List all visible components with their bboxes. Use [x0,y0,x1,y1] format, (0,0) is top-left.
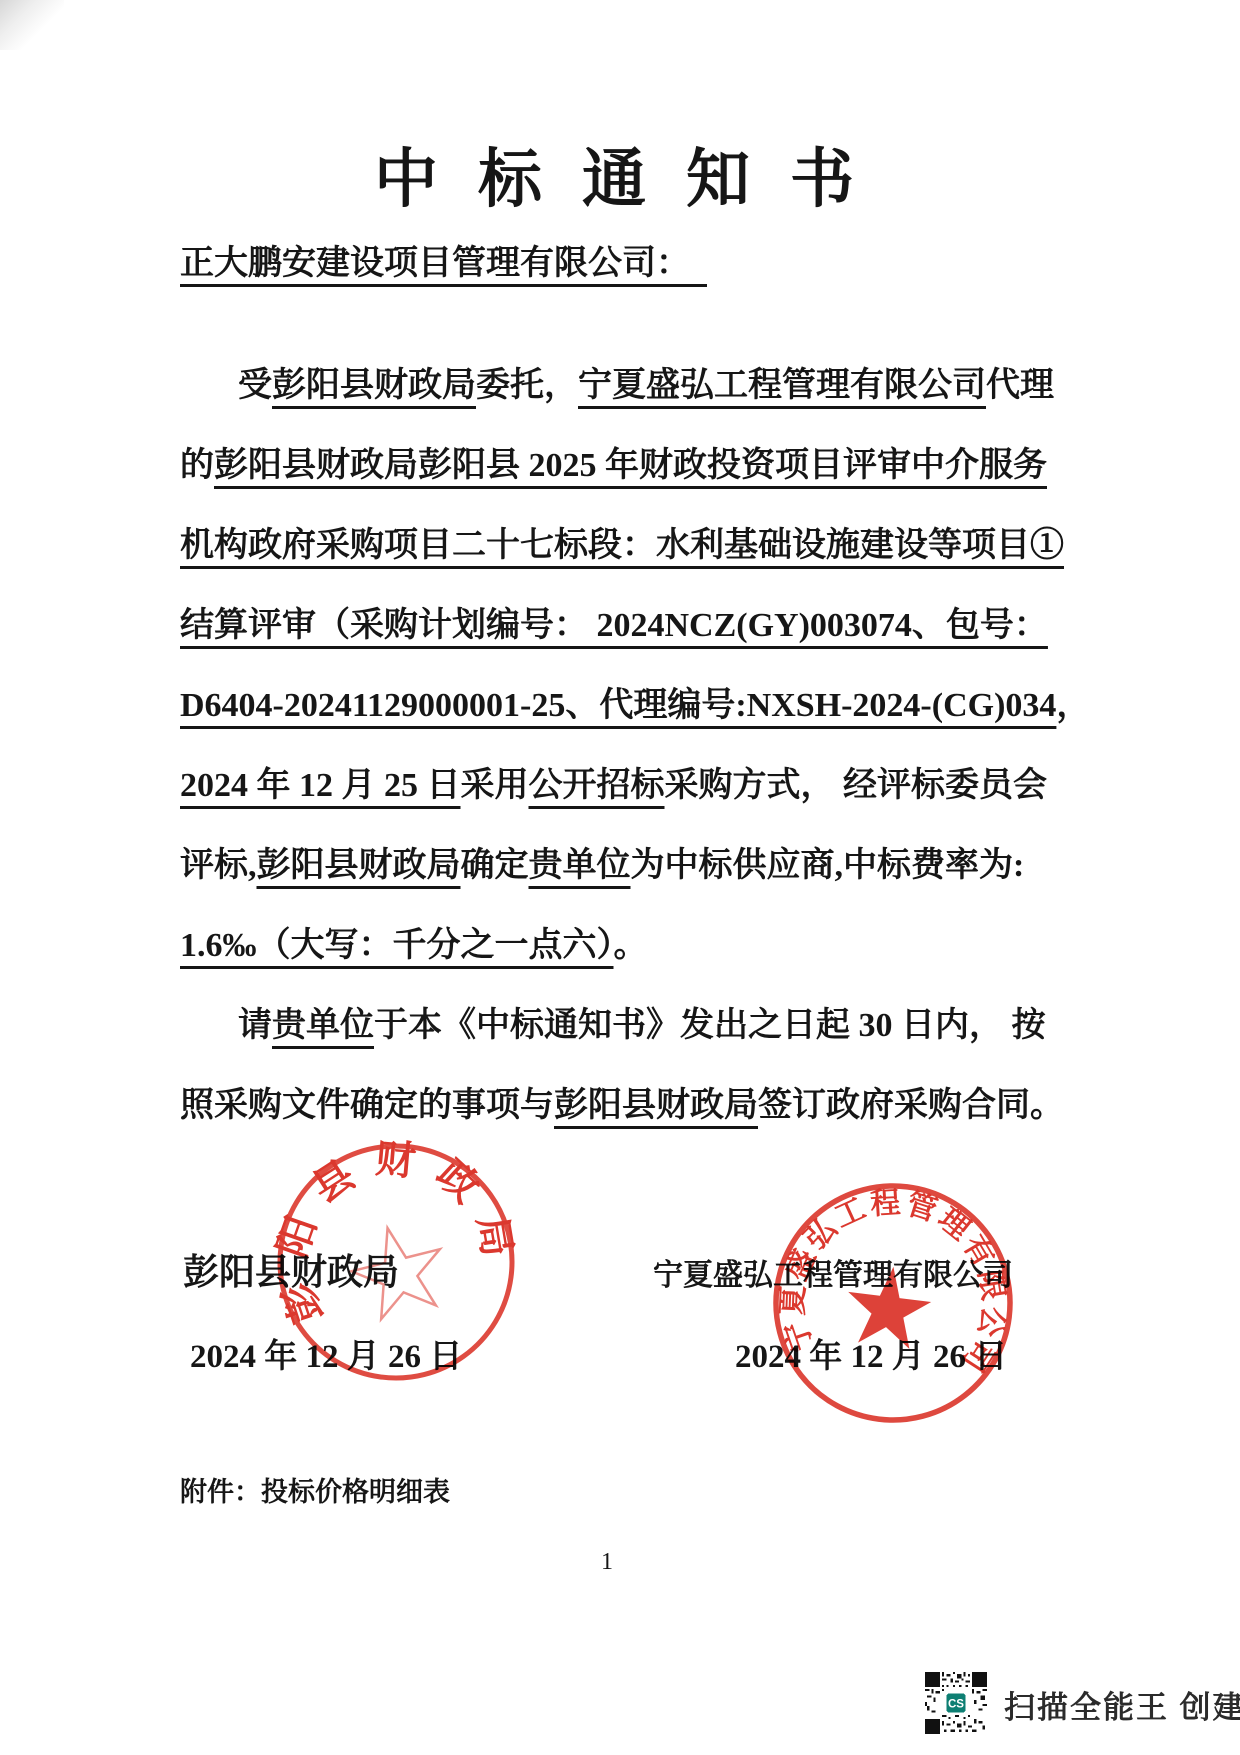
body-line: 照采购文件确定的事项与彭阳县财政局签订政府采购合同。 [180,1066,1080,1146]
text-segment: 受 [238,367,272,404]
underlined-text-segment: D6404-20241129000001-25、代理编号:NXSH-2024-(… [180,687,1056,724]
underlined-text-segment: 彭阳县财政局 [272,367,476,404]
qr-code: CS [925,1672,987,1734]
body-line: 的彭阳县财政局彭阳县 2025 年财政投资项目评审中介服务 [180,426,1080,506]
underlined-text-segment: 公开招标 [529,767,665,804]
body-line: 机构政府采购项目二十七标段：水利基础设施建设等项目① [180,506,1080,586]
underlined-text-segment: 宁夏盛弘工程管理有限公司 [578,367,986,404]
text-segment: 委托， [476,367,578,404]
underlined-text-segment: 彭阳县财政局 [257,847,461,884]
body-line: 请贵单位于本《中标通知书》发出之日起 30 日内， 按 [180,986,1080,1066]
underlined-text-segment: 贵单位 [529,847,631,884]
text-segment: 评标, [180,847,257,884]
text-segment: 签订政府采购合同。 [758,1087,1064,1124]
underlined-text-segment: 1.6‰（大写：千分之一点六） [180,927,614,964]
body-line: 1.6‰（大写：千分之一点六）。 [180,906,1080,986]
body-paragraphs: 受彭阳县财政局委托，宁夏盛弘工程管理有限公司代理的彭阳县财政局彭阳县 2025 … [180,346,1080,1146]
underlined-text-segment: 贵单位 [272,1007,374,1044]
underlined-text-segment: 机构政府采购项目二十七标段：水利基础设施建设等项目① [180,527,1064,564]
scanner-watermark-label: 扫描全能王 创建 [1004,1682,1240,1727]
text-segment: 。 [614,927,648,964]
body-line: 结算评审（采购计划编号： 2024NCZ(GY)003074、包号： [180,586,1080,666]
text-segment: 确定 [461,847,529,884]
document-title: 中 标 通 知 书 [0,128,1240,220]
svg-text:CS: CS [948,1698,964,1710]
body-line: 2024 年 12 月 25 日采用公开招标采购方式， 经评标委员会 [180,746,1080,826]
seal-right-star-icon [842,1262,935,1351]
body-line: 受彭阳县财政局委托，宁夏盛弘工程管理有限公司代理 [180,346,1080,426]
recipient-line: 正大鹏安建设项目管理有限公司： [180,242,707,286]
underlined-text-segment: 彭阳县财政局彭阳县 2025 年财政投资项目评审中介服务 [214,447,1047,484]
seal-right-arc-text: 宁夏盛弘工程管理有限公司 [769,1173,1023,1382]
scan-corner-artifact [0,0,64,50]
seal-left-star-icon [343,1217,452,1323]
page-number: 1 [601,1549,613,1576]
underlined-text-segment: 结算评审（采购计划编号： 2024NCZ(GY)003074、包号： [180,607,1048,644]
attachment-note: 附件：投标价格明细表 [180,1470,450,1509]
text-segment: 的 [180,447,214,484]
svg-text:宁夏盛弘工程管理有限公司: 宁夏盛弘工程管理有限公司 [769,1173,1023,1382]
text-segment: 为中标供应商,中标费率为: [631,847,1025,884]
underlined-text-segment: 彭阳县财政局 [554,1087,758,1124]
text-segment: 采用 [461,767,529,804]
agency-company-seal: 宁夏盛弘工程管理有限公司 [754,1164,1033,1443]
text-segment: 采购方式， 经评标委员会 [665,767,1048,804]
text-segment: 照采购文件确定的事项与 [180,1087,554,1124]
scanned-document-page: 中 标 通 知 书 正大鹏安建设项目管理有限公司： 受彭阳县财政局委托，宁夏盛弘… [0,0,1240,1755]
body-line: D6404-20241129000001-25、代理编号:NXSH-2024-(… [180,666,1080,746]
camscanner-logo-icon: CS [946,1693,965,1712]
body-line: 评标,彭阳县财政局确定贵单位为中标供应商,中标费率为: [180,826,1080,906]
text-segment: 于本《中标通知书》发出之日起 30 日内， 按 [374,1007,1046,1044]
text-segment: 代理 [986,367,1054,404]
recipient-name: 正大鹏安建设项目管理有限公司： [180,245,673,282]
underlined-text-segment: 2024 年 12 月 25 日 [180,767,461,804]
text-segment: ， [1056,687,1090,724]
text-segment: 请 [238,1007,272,1044]
underline-tail [673,245,707,282]
